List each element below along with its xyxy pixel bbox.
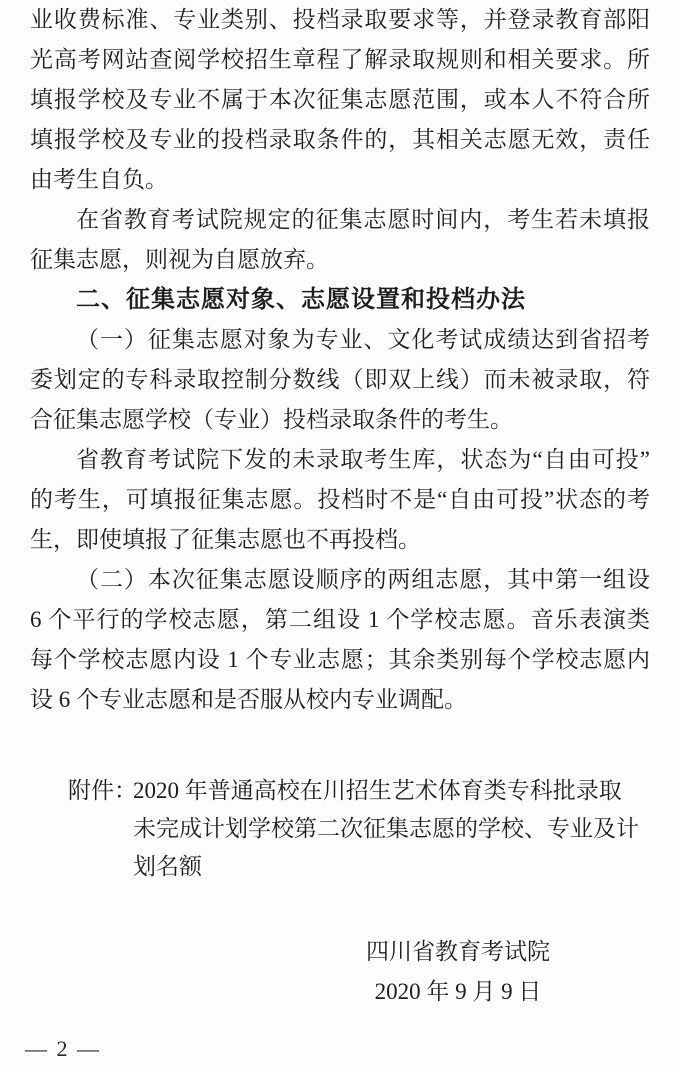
paragraph-continuation-line: 业收费标准、专业类别、投档录取要求等，并登录教育部阳: [30, 0, 650, 40]
paragraph-item2-line: （二）本次征集志愿设顺序的两组志愿，其中第一组设: [30, 560, 650, 600]
paragraph-deadline-line: 在省教育考试院规定的征集志愿时间内，考生若未填报: [30, 200, 650, 240]
attachment-line: 未完成计划学校第二次征集志愿的学校、专业及计: [133, 810, 650, 848]
paragraph-status-line: 生，即使填报了征集志愿也不再投档。: [30, 520, 650, 560]
paragraph-continuation-line: 填报学校及专业的投档录取条件的，其相关志愿无效，责任: [30, 120, 650, 160]
attachment-line: 2020 年普通高校在川招生艺术体育类专科批录取: [133, 772, 650, 810]
paragraph-status-line: 省教育考试院下发的未录取考生库，状态为“自由可投”: [30, 440, 650, 480]
section-2-heading: 二、征集志愿对象、志愿设置和投档办法: [30, 280, 650, 320]
paragraph-item2-line: 设 6 个专业志愿和是否服从校内专业调配。: [30, 680, 650, 720]
signature-org: 四川省教育考试院: [330, 932, 586, 972]
paragraph-item1-line: 委划定的专科录取控制分数线（即双上线）而未被录取，符: [30, 360, 650, 400]
paragraph-continuation-line: 填报学校及专业不属于本次征集志愿范围，或本人不符合所: [30, 80, 650, 120]
attachment-line: 划名额: [133, 848, 650, 886]
paragraph-continuation-line: 由考生自负。: [30, 160, 650, 200]
attachment-note: 附件： 2020 年普通高校在川招生艺术体育类专科批录取 未完成计划学校第二次征…: [30, 772, 650, 886]
paragraph-status-line: 的考生，可填报征集志愿。投档时不是“自由可投”状态的考: [30, 480, 650, 520]
document-body: 业收费标准、专业类别、投档录取要求等，并登录教育部阳 光高考网站查阅学校招生章程…: [0, 0, 680, 1012]
paragraph-item1-line: 合征集志愿学校（专业）投档录取条件的考生。: [30, 400, 650, 440]
signature-block: 四川省教育考试院 2020 年 9 月 9 日: [330, 932, 586, 1012]
document-page: 业收费标准、专业类别、投档录取要求等，并登录教育部阳 光高考网站查阅学校招生章程…: [0, 0, 680, 1072]
page-number: — 2 —: [25, 1036, 101, 1062]
paragraph-continuation-line: 光高考网站查阅学校招生章程了解录取规则和相关要求。所: [30, 40, 650, 80]
paragraph-item2-line: 6 个平行的学校志愿，第二组设 1 个学校志愿。音乐表演类: [30, 600, 650, 640]
paragraph-item2-line: 每个学校志愿内设 1 个专业志愿；其余类别每个学校志愿内: [30, 640, 650, 680]
attachment-label: 附件：: [68, 772, 137, 810]
signature-date: 2020 年 9 月 9 日: [330, 972, 586, 1012]
paragraph-item1-line: （一）征集志愿对象为专业、文化考试成绩达到省招考: [30, 320, 650, 360]
paragraph-deadline-line: 征集志愿，则视为自愿放弃。: [30, 240, 650, 280]
